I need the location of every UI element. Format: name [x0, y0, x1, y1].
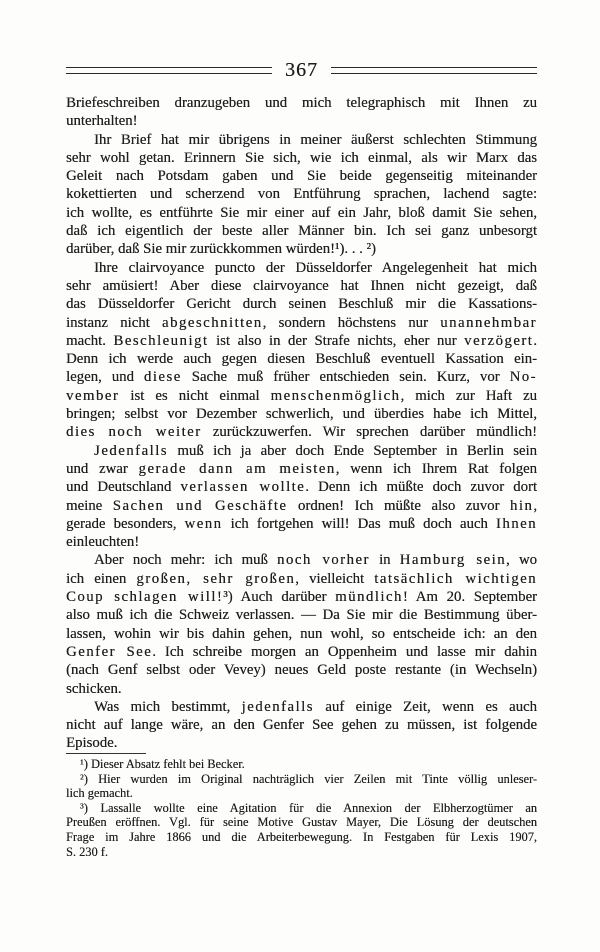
text-segment: ich einen — [66, 571, 136, 587]
text-line: ³) Lassalle wollte eine Agitation für di… — [80, 801, 537, 816]
text-segment: . Denn ich müßte doch zuvor dort — [305, 479, 537, 495]
text-segment: Briefeschreiben dranzugeben und mich tel… — [66, 95, 537, 111]
text-line: Geleit nach Potsdam gaben und Sie beide … — [66, 167, 537, 185]
paragraph: Aber noch mehr: ich muß noch vorher in H… — [66, 551, 537, 697]
text-line: das Düsseldorfer Gericht durch seinen Be… — [66, 295, 537, 313]
text-segment: ordnen! Ich müßte also zuvor — [287, 498, 510, 514]
text-line: bringen; selbst vor Dezember schwerlich,… — [66, 405, 537, 423]
text-line: Aber noch mehr: ich muß noch vorher in H… — [94, 551, 537, 569]
text-segment: ich wollte, es entführte Sie mir einer a… — [66, 205, 537, 221]
text-line: ich einen großen, sehr großen, vielleich… — [66, 570, 537, 588]
text-segment: und zwar — [66, 461, 138, 477]
text-segment: , sondern höchstens nur — [263, 315, 441, 331]
text-line: Briefeschreiben dranzugeben und mich tel… — [66, 94, 537, 112]
text-segment: . Ich schreibe morgen an Oppenheim und l… — [152, 644, 537, 660]
text-segment: Sache muß früher entschieden sein. Kurz,… — [182, 369, 510, 385]
text-line: Jedenfalls muß ich ja aber doch Ende Sep… — [94, 442, 537, 460]
text-segment: abgeschnitten — [162, 315, 263, 331]
text-segment: ich fortgehen will! Das muß doch auch — [222, 516, 495, 532]
text-segment: ist es nicht einmal — [119, 388, 270, 404]
text-line: daß ich eigentlich der beste aller Männe… — [66, 222, 537, 240]
text-line: vember ist es nicht einmal menschenmögli… — [66, 387, 537, 405]
paragraph: Briefeschreiben dranzugeben und mich tel… — [66, 94, 537, 131]
text-segment: muß ich ja aber doch Ende September in B… — [168, 443, 537, 459]
text-segment: verzögert — [464, 333, 533, 349]
text-segment: wenn — [184, 516, 222, 532]
footnote-separator — [66, 753, 146, 754]
text-segment: sehr amüsiert! Aber diese clairvoyance h… — [66, 278, 537, 294]
text-segment: kokettierten und scherzend von Entführun… — [66, 186, 537, 202]
text-segment: also muß ich die Schweiz verlassen. — Da… — [66, 607, 537, 623]
text-segment: ! Am 20. September — [403, 589, 537, 605]
text-line: lassen, wohin wir bis dahin gehen, nun w… — [66, 625, 537, 643]
text-segment: macht. — [66, 333, 113, 349]
text-segment: Frage im Jahre 1866 und die Arbeiterbewe… — [66, 830, 537, 844]
text-segment: Ihnen — [496, 516, 537, 532]
text-segment: Aber noch mehr: ich muß — [94, 552, 277, 568]
text-segment: , wenn ich Ihrem Rat folgen — [336, 461, 537, 477]
book-page: 367 Briefeschreiben dranzugeben und mich… — [0, 0, 600, 952]
text-segment: bringen; selbst vor Dezember schwerlich,… — [66, 406, 537, 422]
text-segment: verlassen wollte — [180, 479, 305, 495]
text-segment: instanz nicht — [66, 315, 162, 331]
text-segment: vember — [66, 388, 119, 404]
text-segment: Beschleunigt — [113, 333, 208, 349]
text-segment: Denn ich werde auch gegen diesen Beschlu… — [66, 351, 537, 367]
text-segment: einleuchten! — [66, 534, 139, 550]
text-segment: meine — [66, 498, 113, 514]
text-segment: No- — [510, 369, 537, 385]
text-line: ¹) Dieser Absatz fehlt bei Becker. — [66, 757, 537, 772]
text-segment: Coup schlagen will! — [66, 589, 223, 605]
text-segment: sehr wohl getan. Erinnern Sie sich, wie … — [66, 150, 537, 166]
text-line: legen, und diese Sache muß früher entsch… — [66, 368, 537, 386]
text-segment: lich gemacht. — [66, 786, 133, 800]
text-segment: nicht auf lange wäre, an den Genfer See … — [66, 717, 537, 733]
paragraph: Jedenfalls muß ich ja aber doch Ende Sep… — [66, 442, 537, 552]
text-segment: in — [370, 552, 400, 568]
page-number: 367 — [272, 60, 331, 80]
text-line: Episode. — [66, 734, 537, 752]
text-line: Frage im Jahre 1866 und die Arbeiterbewe… — [66, 830, 537, 845]
text-line: und Deutschland verlassen wollte. Denn i… — [66, 478, 537, 496]
text-segment: , — [533, 498, 537, 514]
text-segment: daß ich eigentlich der beste aller Männe… — [66, 223, 537, 239]
text-line: S. 230 f. — [66, 845, 537, 860]
text-line: macht. Beschleunigt ist also in der Stra… — [66, 332, 537, 350]
paragraph: Was mich bestimmt, jedenfalls auf einige… — [66, 698, 537, 753]
text-line: also muß ich die Schweiz verlassen. — Da… — [66, 606, 537, 624]
text-line: Denn ich werde auch gegen diesen Beschlu… — [66, 350, 537, 368]
text-segment: Preußen eröffnen. Vgl. für seine Motive … — [66, 815, 537, 829]
text-segment: schicken. — [66, 681, 121, 697]
text-segment: noch vorher — [277, 552, 370, 568]
text-segment: . — [533, 333, 537, 349]
text-segment: mündlich — [335, 589, 403, 605]
text-line: darüber, daß Sie mir zurückkommen würden… — [66, 240, 537, 258]
text-segment: Sachen und Geschäfte — [113, 498, 288, 514]
text-segment: ¹) Dieser Absatz fehlt bei Becker. — [80, 757, 245, 771]
text-line: Preußen eröffnen. Vgl. für seine Motive … — [66, 815, 537, 830]
paragraph: Ihre clairvoyance puncto der Düsseldorfe… — [66, 259, 537, 442]
body-text: Briefeschreiben dranzugeben und mich tel… — [66, 94, 537, 753]
text-line: sehr wohl getan. Erinnern Sie sich, wie … — [66, 149, 537, 167]
text-segment: dies noch weiter — [66, 424, 202, 440]
text-segment: Episode. — [66, 735, 117, 751]
text-segment: jedenfalls — [242, 699, 314, 715]
text-line: schicken. — [66, 680, 537, 698]
text-line: Coup schlagen will!³) Auch darüber mündl… — [66, 588, 537, 606]
text-line: (nach Genf selbst oder Vevey) neues Geld… — [66, 661, 537, 679]
text-segment: hin — [510, 498, 533, 514]
text-segment: Ihr Brief hat mir übrigens in meiner äuß… — [94, 132, 537, 148]
text-segment: Genfer See — [66, 644, 152, 660]
text-segment: gerade dann am meisten — [138, 461, 335, 477]
text-line: einleuchten! — [66, 533, 537, 551]
text-line: nicht auf lange wäre, an den Genfer See … — [66, 716, 537, 734]
text-line: lich gemacht. — [66, 786, 537, 801]
text-segment: ist also in der Strafe nichts, eher nur — [208, 333, 464, 349]
text-segment: diese — [144, 369, 182, 385]
footnotes: ¹) Dieser Absatz fehlt bei Becker.²) Hie… — [66, 757, 537, 859]
header-rule-right — [331, 67, 537, 74]
text-segment: unterhalten! — [66, 113, 138, 129]
text-line: ²) Hier wurden im Original nachträglich … — [80, 772, 537, 787]
text-line: Genfer See. Ich schreibe morgen an Oppen… — [66, 643, 537, 661]
text-line: meine Sachen und Geschäfte ordnen! Ich m… — [66, 497, 537, 515]
header-rule-left — [66, 67, 272, 74]
text-line: sehr amüsiert! Aber diese clairvoyance h… — [66, 277, 537, 295]
text-segment: Was mich bestimmt, — [94, 699, 242, 715]
text-segment: S. 230 f. — [66, 845, 108, 859]
text-line: gerade besonders, wenn ich fortgehen wil… — [66, 515, 537, 533]
text-line: Ihre clairvoyance puncto der Düsseldorfe… — [94, 259, 537, 277]
text-line: instanz nicht abgeschnitten, sondern höc… — [66, 314, 537, 332]
text-segment: ³) Auch darüber — [223, 589, 335, 605]
text-segment: Hamburg sein — [400, 552, 506, 568]
text-line: unterhalten! — [66, 112, 537, 130]
text-segment: , wo — [506, 552, 537, 568]
text-segment: Jedenfalls — [94, 443, 168, 459]
text-segment: (nach Genf selbst oder Vevey) neues Geld… — [66, 662, 537, 678]
text-segment: Ihre clairvoyance puncto der Düsseldorfe… — [94, 260, 537, 276]
text-line: ich wollte, es entführte Sie mir einer a… — [66, 204, 537, 222]
text-segment: Geleit nach Potsdam gaben und Sie beide … — [66, 168, 537, 184]
text-line: dies noch weiter zurückzuwerfen. Wir spr… — [66, 423, 537, 441]
paragraph: Ihr Brief hat mir übrigens in meiner äuß… — [66, 131, 537, 259]
text-segment: darüber, daß Sie mir zurückkommen würden… — [66, 241, 376, 257]
text-segment: menschenmöglich — [271, 388, 401, 404]
text-segment: , vielleicht — [295, 571, 374, 587]
text-line: und zwar gerade dann am meisten, wenn ic… — [66, 460, 537, 478]
text-segment: unannehmbar — [440, 315, 537, 331]
text-segment: gerade besonders, — [66, 516, 184, 532]
text-segment: ³) Lassalle wollte eine Agitation für di… — [80, 801, 537, 815]
text-line: Ihr Brief hat mir übrigens in meiner äuß… — [94, 131, 537, 149]
text-segment: tatsächlich wichtigen — [374, 571, 537, 587]
text-segment: ²) Hier wurden im Original nachträglich … — [80, 772, 537, 786]
text-segment: legen, und — [66, 369, 144, 385]
text-line: Was mich bestimmt, jedenfalls auf einige… — [94, 698, 537, 716]
text-segment: das Düsseldorfer Gericht durch seinen Be… — [66, 296, 537, 312]
text-segment: lassen, wohin wir bis dahin gehen, nun w… — [66, 626, 537, 642]
text-segment: und Deutschland — [66, 479, 180, 495]
text-segment: auf einige Zeit, wenn es auch — [314, 699, 537, 715]
text-line: kokettierten und scherzend von Entführun… — [66, 185, 537, 203]
page-header: 367 — [66, 57, 537, 83]
text-segment: , mich zur Haft zu — [400, 388, 537, 404]
text-segment: zurückzuwerfen. Wir sprechen darüber mün… — [202, 424, 537, 440]
text-segment: großen, sehr großen — [136, 571, 295, 587]
